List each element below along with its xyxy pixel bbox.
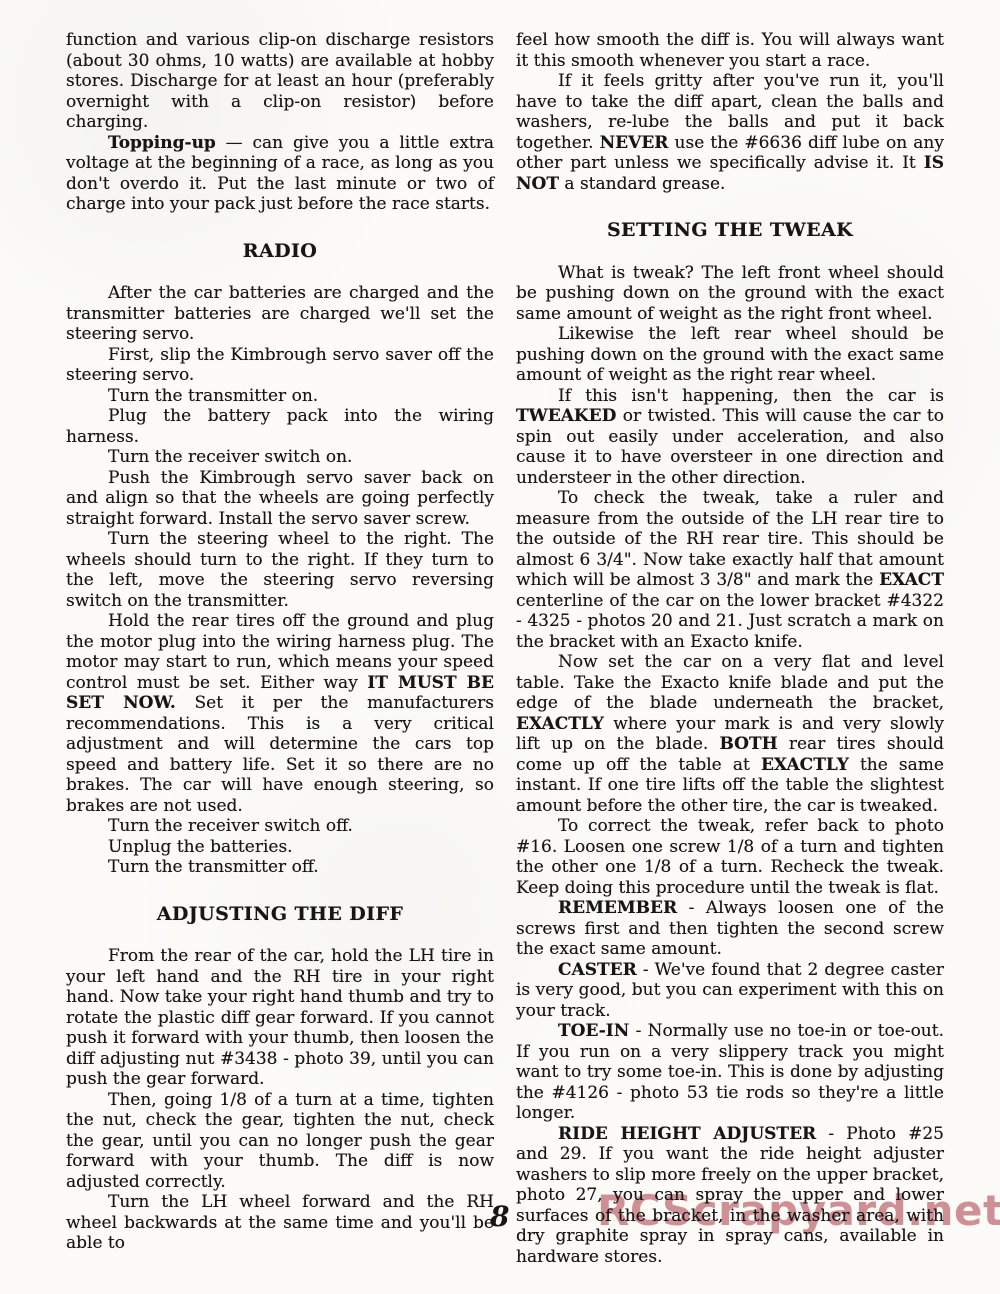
paragraph: RIDE HEIGHT ADJUSTER - Photo #25 and 29.… (516, 1124, 944, 1268)
paragraph: To correct the tweak, refer back to phot… (516, 816, 944, 898)
paragraph: If this isn't happening, then the car is… (516, 386, 944, 489)
right-text-column: feel how smooth the diff is. You will al… (516, 30, 944, 1267)
page-number: 8 (490, 1200, 509, 1233)
paragraph: Plug the battery pack into the wiring ha… (66, 406, 494, 447)
paragraph: Push the Kimbrough servo saver back on a… (66, 468, 494, 530)
paragraph: Topping-up — can give you a little extra… (66, 133, 494, 215)
paragraph: feel how smooth the diff is. You will al… (516, 30, 944, 71)
paragraph: Turn the receiver switch off. (66, 816, 494, 837)
paragraph: Turn the transmitter off. (66, 857, 494, 878)
paragraph: If it feels gritty after you've run it, … (516, 71, 944, 194)
paragraph: Now set the car on a very flat and level… (516, 652, 944, 816)
manual-page: function and various clip-on discharge r… (0, 0, 1000, 1294)
paragraph: CASTER - We've found that 2 degree caste… (516, 960, 944, 1022)
paragraph: Hold the rear tires off the ground and p… (66, 611, 494, 816)
paragraph: To check the tweak, take a ruler and mea… (516, 488, 944, 652)
section-heading: SETTING THE TWEAK (516, 220, 944, 241)
paragraph: REMEMBER - Always loosen one of the scre… (516, 898, 944, 960)
paragraph: After the car batteries are charged and … (66, 283, 494, 345)
paragraph: Turn the receiver switch on. (66, 447, 494, 468)
paragraph: What is tweak? The left front wheel shou… (516, 263, 944, 325)
section-heading: RADIO (66, 241, 494, 262)
paragraph: Then, going 1/8 of a turn at a time, tig… (66, 1090, 494, 1193)
paragraph: Turn the LH wheel forward and the RH whe… (66, 1192, 494, 1254)
paragraph: Turn the steering wheel to the right. Th… (66, 529, 494, 611)
paragraph: From the rear of the car, hold the LH ti… (66, 946, 494, 1090)
paragraph: Unplug the batteries. (66, 837, 494, 858)
paragraph: TOE-IN - Normally use no toe-in or toe-o… (516, 1021, 944, 1124)
paragraph: Turn the transmitter on. (66, 386, 494, 407)
section-heading: ADJUSTING THE DIFF (66, 904, 494, 925)
paragraph: function and various clip-on discharge r… (66, 30, 494, 133)
left-text-column: function and various clip-on discharge r… (66, 30, 494, 1254)
paragraph: First, slip the Kimbrough servo saver of… (66, 345, 494, 386)
paragraph: Likewise the left rear wheel should be p… (516, 324, 944, 386)
